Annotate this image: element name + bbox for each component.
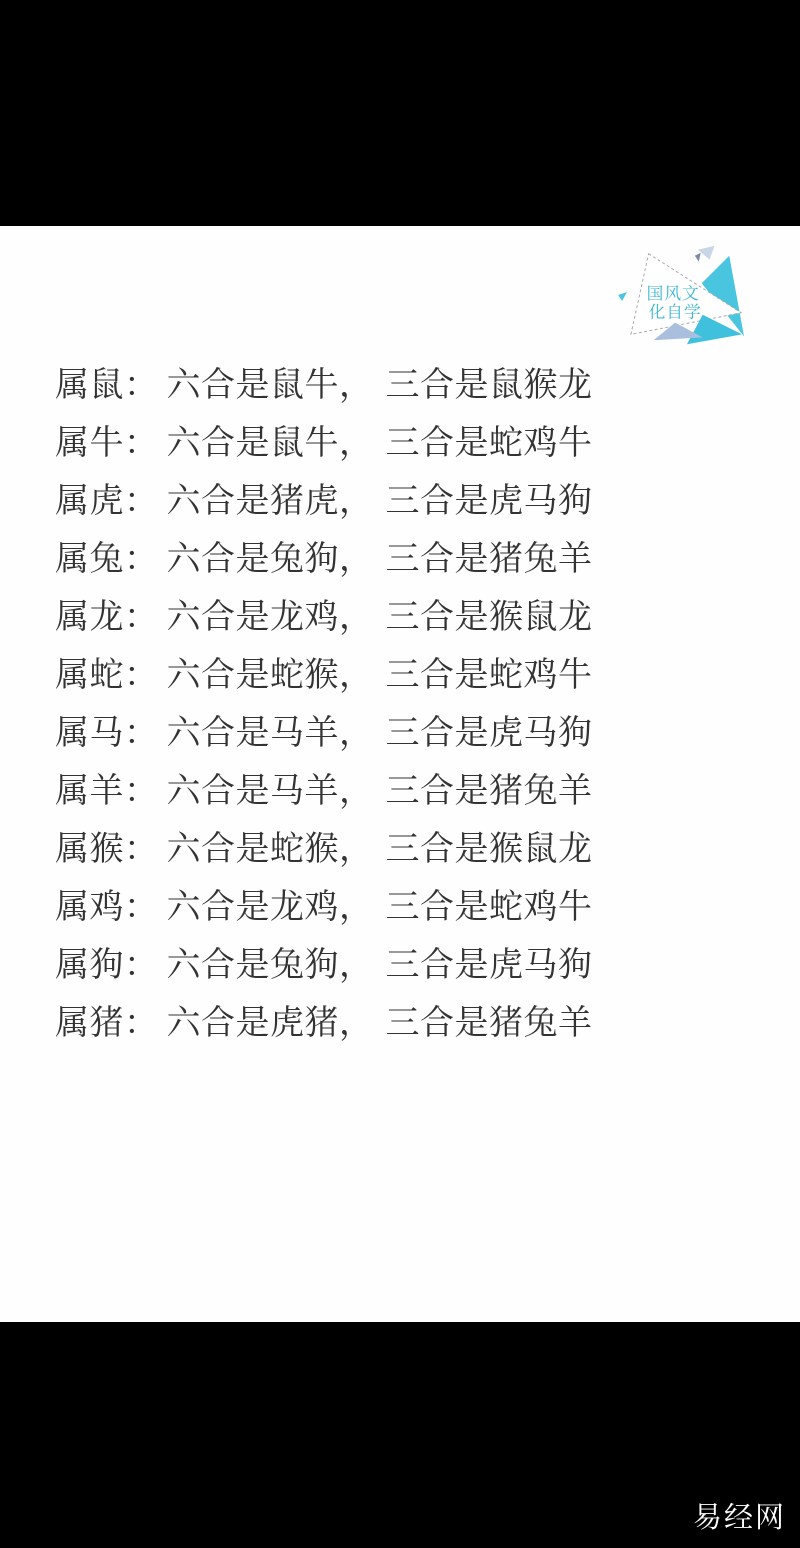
zodiac-label: 属猪：: [55, 995, 159, 1044]
liuhe-text: 六合是蛇猴，: [167, 821, 374, 870]
sanhe-text: 三合是虎马狗: [386, 937, 593, 986]
zodiac-label: 属虎：: [55, 473, 159, 522]
sanhe-text: 三合是猪兔羊: [386, 531, 593, 580]
liuhe-text: 六合是马羊，: [167, 705, 374, 754]
zodiac-row-snake: 属蛇： 六合是蛇猴， 三合是蛇鸡牛: [55, 642, 770, 700]
liuhe-text: 六合是猪虎，: [167, 473, 374, 522]
letterbox-bottom: 易经网: [0, 1322, 800, 1548]
zodiac-label: 属羊：: [55, 763, 159, 812]
zodiac-label: 属蛇：: [55, 647, 159, 696]
zodiac-row-tiger: 属虎： 六合是猪虎， 三合是虎马狗: [55, 468, 770, 526]
zodiac-row-goat: 属羊： 六合是马羊， 三合是猪兔羊: [55, 758, 770, 816]
zodiac-row-horse: 属马： 六合是马羊， 三合是虎马狗: [55, 700, 770, 758]
sanhe-text: 三合是猪兔羊: [386, 763, 593, 812]
zodiac-row-dog: 属狗： 六合是兔狗， 三合是虎马狗: [55, 932, 770, 990]
liuhe-text: 六合是兔狗，: [167, 531, 374, 580]
liuhe-text: 六合是虎猪，: [167, 995, 374, 1044]
sanhe-text: 三合是猴鼠龙: [386, 821, 593, 870]
letterbox-top: [0, 0, 800, 226]
watermark-text: 易经网: [693, 1495, 786, 1536]
sanhe-text: 三合是蛇鸡牛: [386, 647, 593, 696]
zodiac-row-pig: 属猪： 六合是虎猪， 三合是猪兔羊: [55, 990, 770, 1048]
zodiac-label: 属猴：: [55, 821, 159, 870]
sanhe-text: 三合是虎马狗: [386, 705, 593, 754]
sanhe-text: 三合是猴鼠龙: [386, 589, 593, 638]
zodiac-label: 属牛：: [55, 415, 159, 464]
guofeng-culture-logo: 国风文 化自学: [616, 238, 754, 358]
logo-speck-left-icon: [618, 292, 627, 301]
zodiac-label: 属狗：: [55, 937, 159, 986]
zodiac-row-rooster: 属鸡： 六合是龙鸡， 三合是蛇鸡牛: [55, 874, 770, 932]
liuhe-text: 六合是兔狗，: [167, 937, 374, 986]
zodiac-row-monkey: 属猴： 六合是蛇猴， 三合是猴鼠龙: [55, 816, 770, 874]
logo-text-line1: 国风文: [647, 283, 700, 303]
zodiac-list: 属鼠： 六合是鼠牛， 三合是鼠猴龙 属牛： 六合是鼠牛， 三合是蛇鸡牛 属虎： …: [55, 352, 770, 1048]
sanhe-text: 三合是猪兔羊: [386, 995, 593, 1044]
zodiac-label: 属兔：: [55, 531, 159, 580]
sanhe-text: 三合是虎马狗: [386, 473, 593, 522]
zodiac-label: 属鼠：: [55, 357, 159, 406]
liuhe-text: 六合是蛇猴，: [167, 647, 374, 696]
sanhe-text: 三合是鼠猴龙: [386, 357, 593, 406]
logo-text-line2: 化自学: [649, 302, 702, 322]
zodiac-row-rabbit: 属兔： 六合是兔狗， 三合是猪兔羊: [55, 526, 770, 584]
zodiac-label: 属鸡：: [55, 879, 159, 928]
zodiac-row-ox: 属牛： 六合是鼠牛， 三合是蛇鸡牛: [55, 410, 770, 468]
liuhe-text: 六合是马羊，: [167, 763, 374, 812]
zodiac-row-dragon: 属龙： 六合是龙鸡， 三合是猴鼠龙: [55, 584, 770, 642]
image-content-area: 国风文 化自学 属鼠： 六合是鼠牛， 三合是鼠猴龙 属牛： 六合是鼠牛， 三合是…: [0, 226, 800, 1322]
liuhe-text: 六合是鼠牛，: [167, 415, 374, 464]
sanhe-text: 三合是蛇鸡牛: [386, 879, 593, 928]
logo-speck-dark-icon: [695, 253, 701, 262]
sanhe-text: 三合是蛇鸡牛: [386, 415, 593, 464]
zodiac-row-rat: 属鼠： 六合是鼠牛， 三合是鼠猴龙: [55, 352, 770, 410]
liuhe-text: 六合是龙鸡，: [167, 879, 374, 928]
liuhe-text: 六合是龙鸡，: [167, 589, 374, 638]
liuhe-text: 六合是鼠牛，: [167, 357, 374, 406]
zodiac-label: 属龙：: [55, 589, 159, 638]
logo-triangle-pale-icon: [698, 246, 715, 260]
zodiac-label: 属马：: [55, 705, 159, 754]
